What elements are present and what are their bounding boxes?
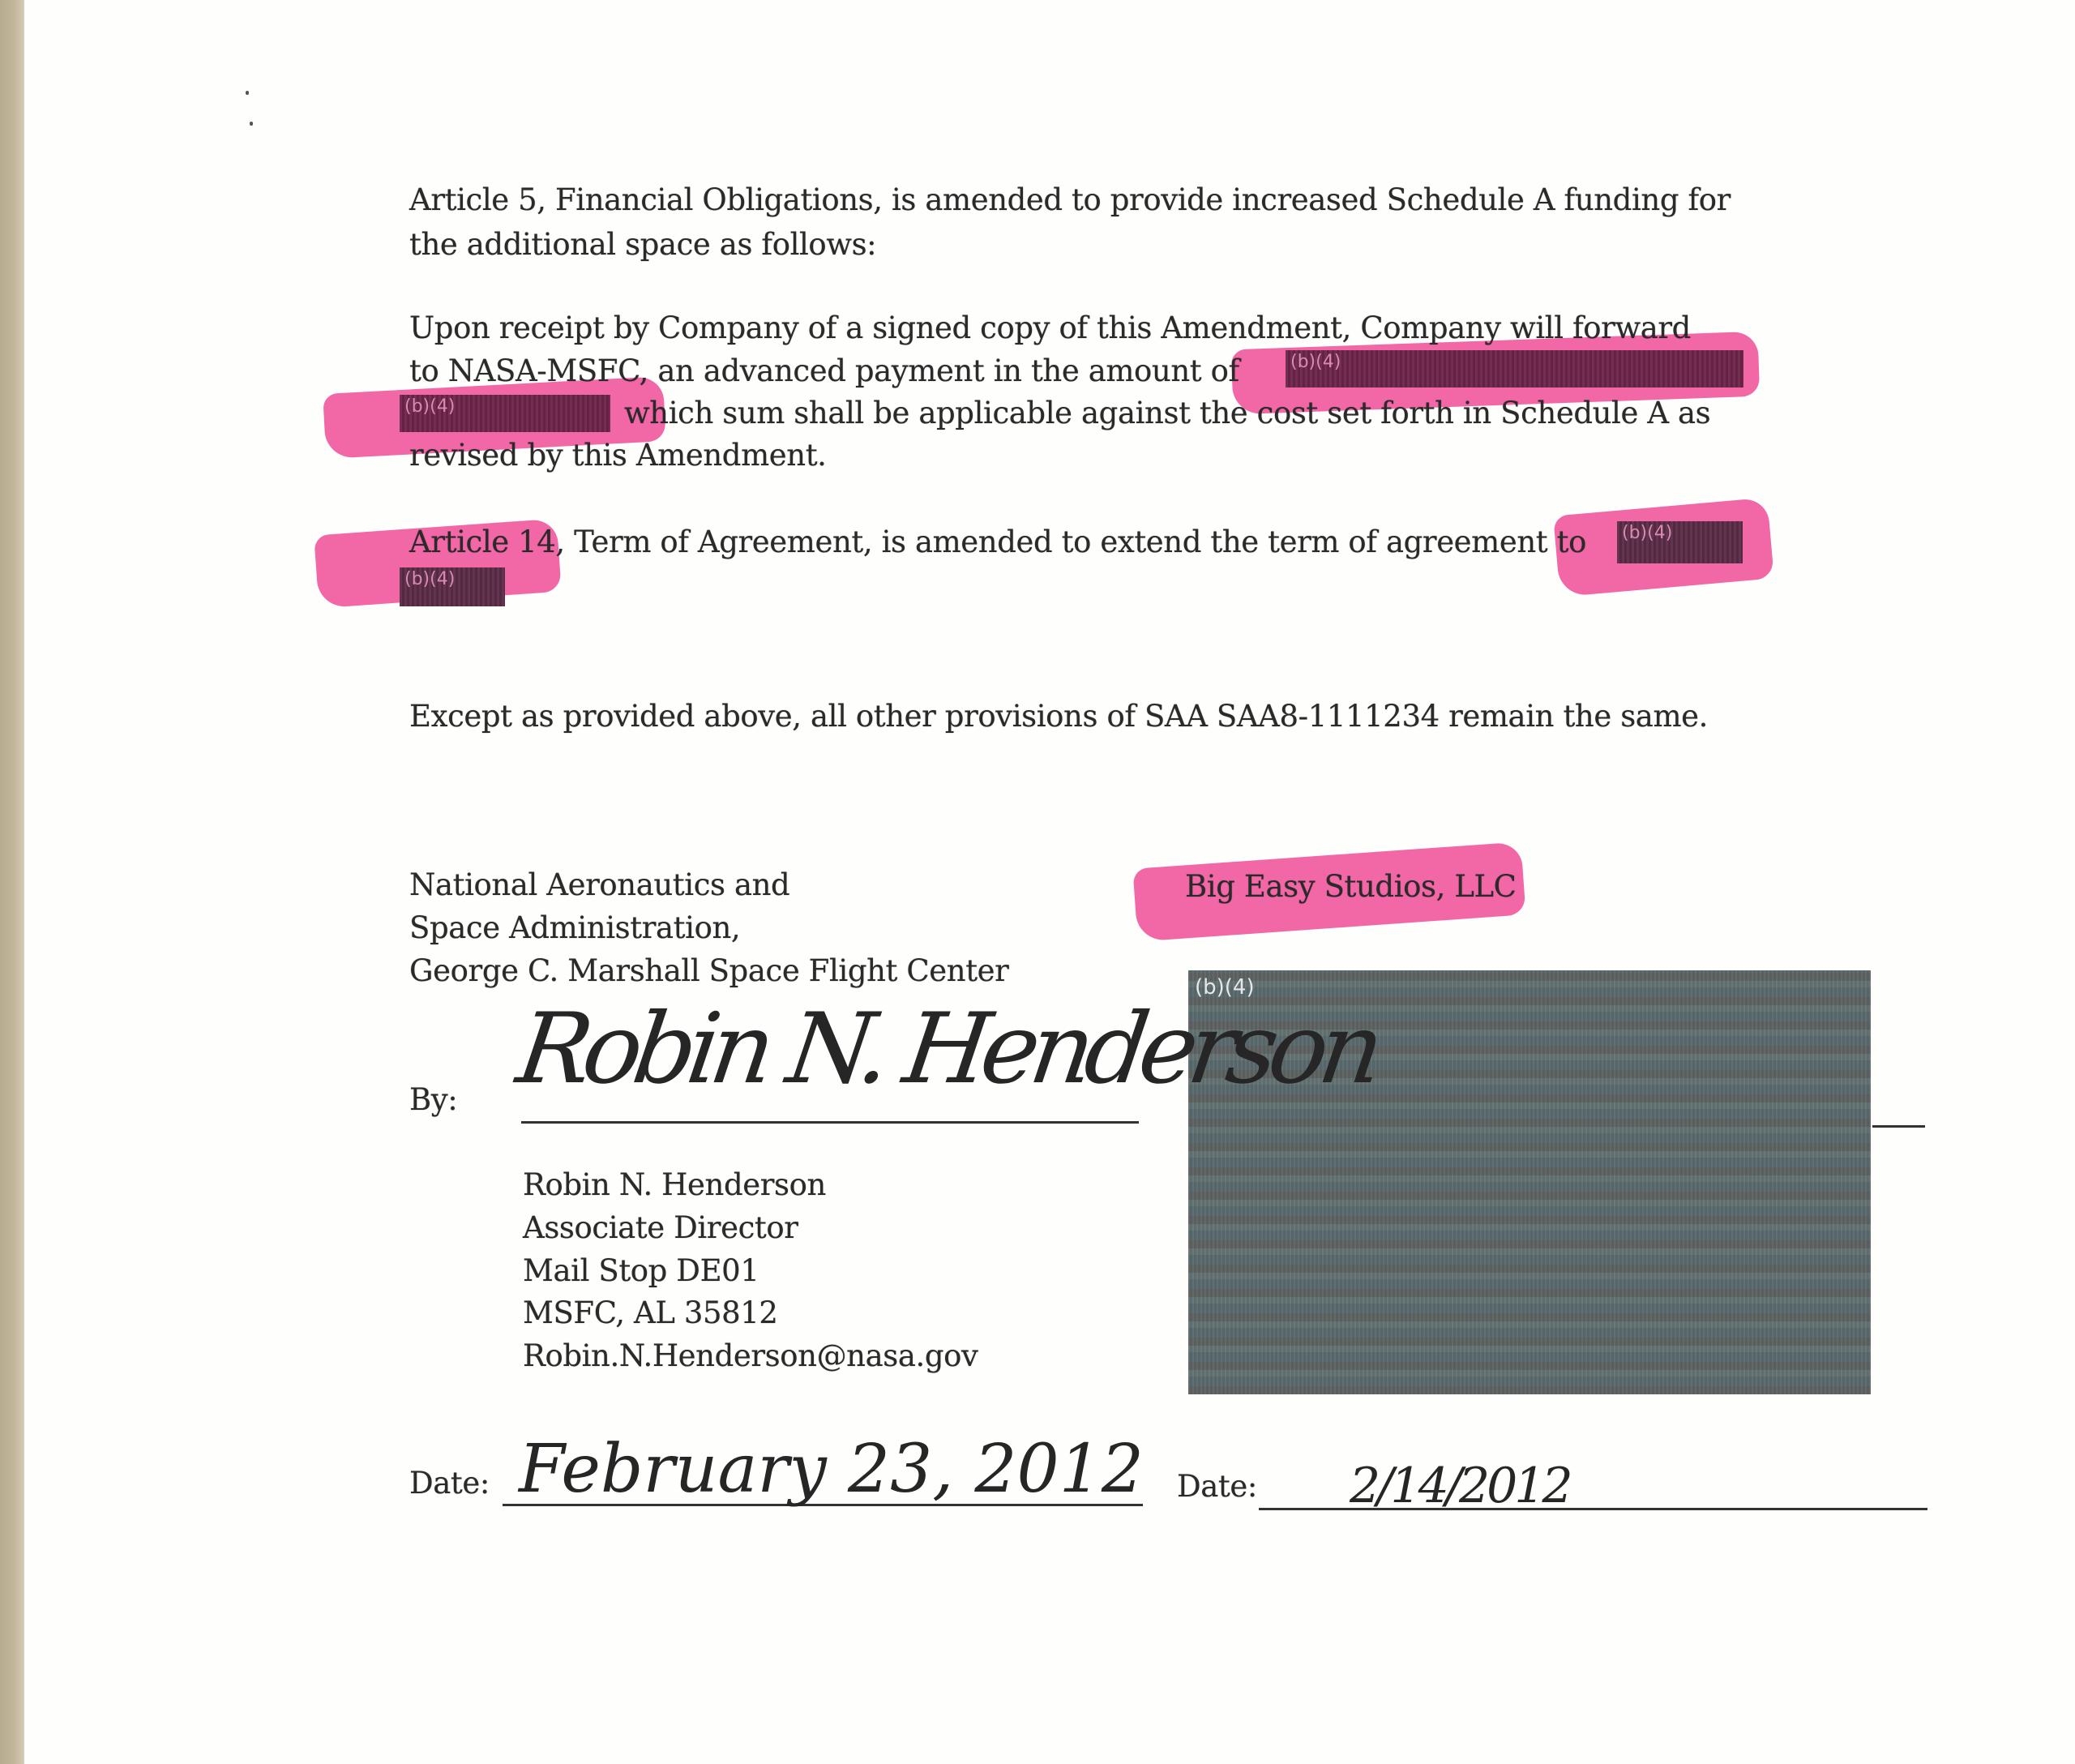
company-date-label: Date: (1177, 1469, 1257, 1504)
nasa-date-handwritten: February 23, 2012 (519, 1431, 1144, 1508)
article5-line2: the additional space as follows: (409, 227, 876, 262)
payment-line1: Upon receipt by Company of a signed copy… (409, 310, 1691, 345)
company-name: Big Easy Studios, LLC (1185, 869, 1517, 904)
signer-city: MSFC, AL 35812 (523, 1295, 778, 1330)
redaction-amount: (b)(4) (1286, 350, 1743, 387)
nasa-org-line1: National Aeronautics and (409, 867, 789, 902)
redaction-term-cont: (b)(4) (400, 567, 505, 606)
signer-title: Associate Director (523, 1210, 798, 1245)
signer-name: Robin N. Henderson (523, 1167, 826, 1202)
payment-line4: revised by this Amendment. (409, 438, 827, 473)
scan-speck (246, 91, 249, 95)
scan-speck (250, 122, 253, 126)
article14-line1: Article 14, Term of Agreement, is amende… (409, 524, 1586, 559)
nasa-date-label: Date: (409, 1466, 490, 1501)
payment-line3: which sum shall be applicable against th… (624, 396, 1710, 430)
redaction-term: (b)(4) (1617, 521, 1743, 563)
signer-mailstop: Mail Stop DE01 (523, 1253, 759, 1288)
article5-line1: Article 5, Financial Obligations, is ame… (409, 182, 1731, 217)
redaction-label: (b)(4) (404, 569, 455, 589)
redaction-label: (b)(4) (404, 396, 455, 417)
scan-edge (0, 0, 24, 1764)
nasa-org-line2: Space Administration, (409, 910, 740, 945)
signer-email: Robin.N.Henderson@nasa.gov (523, 1338, 978, 1373)
company-date-handwritten: 2/14/2012 (1350, 1458, 1570, 1514)
except-line: Except as provided above, all other prov… (409, 699, 1708, 734)
redaction-amount-cont: (b)(4) (400, 395, 610, 432)
nasa-signature-line (521, 1121, 1139, 1124)
company-signature-line (1872, 1125, 1925, 1128)
nasa-org-line3: George C. Marshall Space Flight Center (409, 953, 1008, 988)
nasa-signature: Robin N. Henderson (511, 993, 1383, 1106)
redaction-label: (b)(4) (1622, 523, 1672, 543)
redaction-label: (b)(4) (1290, 352, 1341, 372)
by-label: By: (409, 1082, 457, 1117)
payment-line2: to NASA-MSFC, an advanced payment in the… (409, 353, 1239, 388)
